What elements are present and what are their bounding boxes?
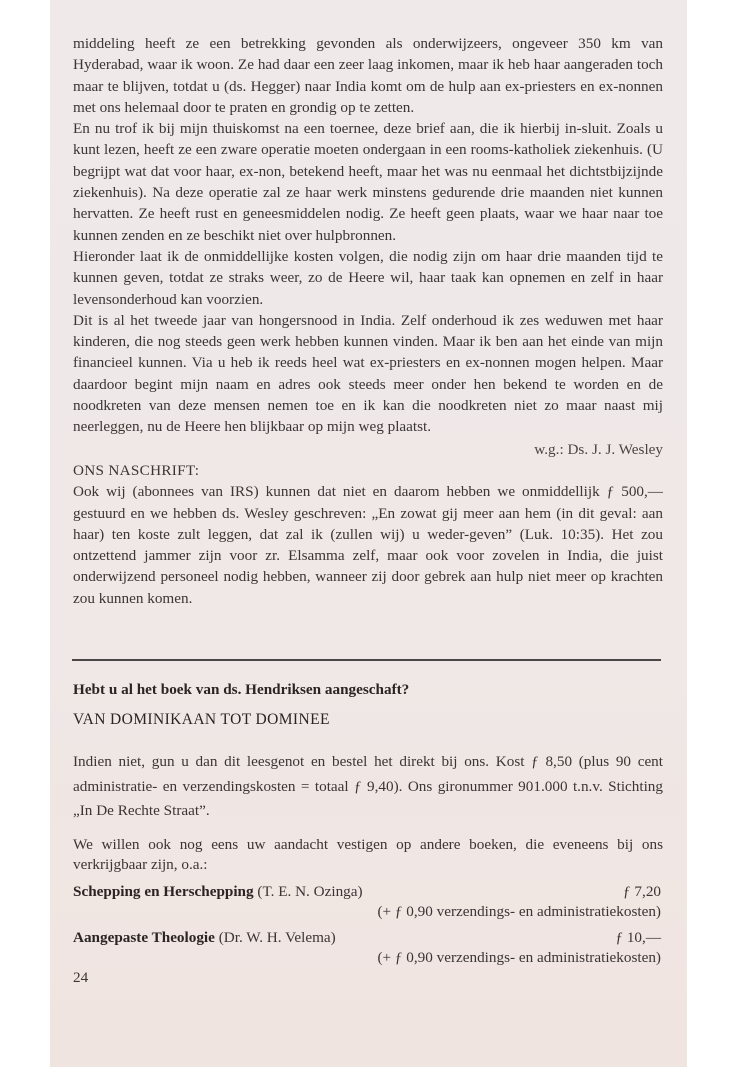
book-author: (Dr. W. H. Velema) [219,929,336,946]
letter-paragraph: middeling heeft ze een betrekking gevond… [73,33,663,118]
naschrift-text: Ook wij (abonnees van IRS) kunnen dat ni… [73,481,663,609]
section-divider [72,659,661,661]
book-item: Aangepaste Theologie (Dr. W. H. Velema) … [73,927,663,949]
advert-order-block: Indien niet, gun u dan dit leesgenot en … [73,750,663,824]
book-item: Schepping en Herschepping (T. E. N. Ozin… [73,881,663,903]
other-books-block: We willen ook nog eens uw aandacht vesti… [73,835,663,973]
letter-paragraph: Hieronder laat ik de onmiddellijke koste… [73,246,663,310]
book-price: ƒ 10,— [615,927,661,949]
letter-signature: w.g.: Ds. J. J. Wesley [73,439,663,460]
other-books-intro: We willen ook nog eens uw aandacht vesti… [73,835,663,875]
advert-question: Hebt u al het boek van ds. Hendriksen aa… [73,681,409,699]
book-extra-costs: (+ ƒ 0,90 verzendings- en administratiek… [73,949,663,967]
letter-body: middeling heeft ze een betrekking gevond… [73,33,663,609]
letter-paragraph: En nu trof ik bij mijn thuiskomst na een… [73,118,663,246]
advert-book-title: VAN DOMINIKAAN TOT DOMINEE [73,711,330,729]
letter-paragraph: Dit is al het tweede jaar van hongersnoo… [73,310,663,438]
order-text: Indien niet, gun u dan dit leesgenot en … [73,750,663,824]
book-title: Aangepaste Theologie [73,929,215,946]
naschrift-heading: ONS NASCHRIFT: [73,460,663,481]
book-price: ƒ 7,20 [623,881,661,903]
book-extra-costs: (+ ƒ 0,90 verzendings- en administratiek… [73,903,663,921]
book-title: Schepping en Herschepping [73,883,254,900]
book-author: (T. E. N. Ozinga) [257,883,362,900]
page-number: 24 [73,969,88,987]
